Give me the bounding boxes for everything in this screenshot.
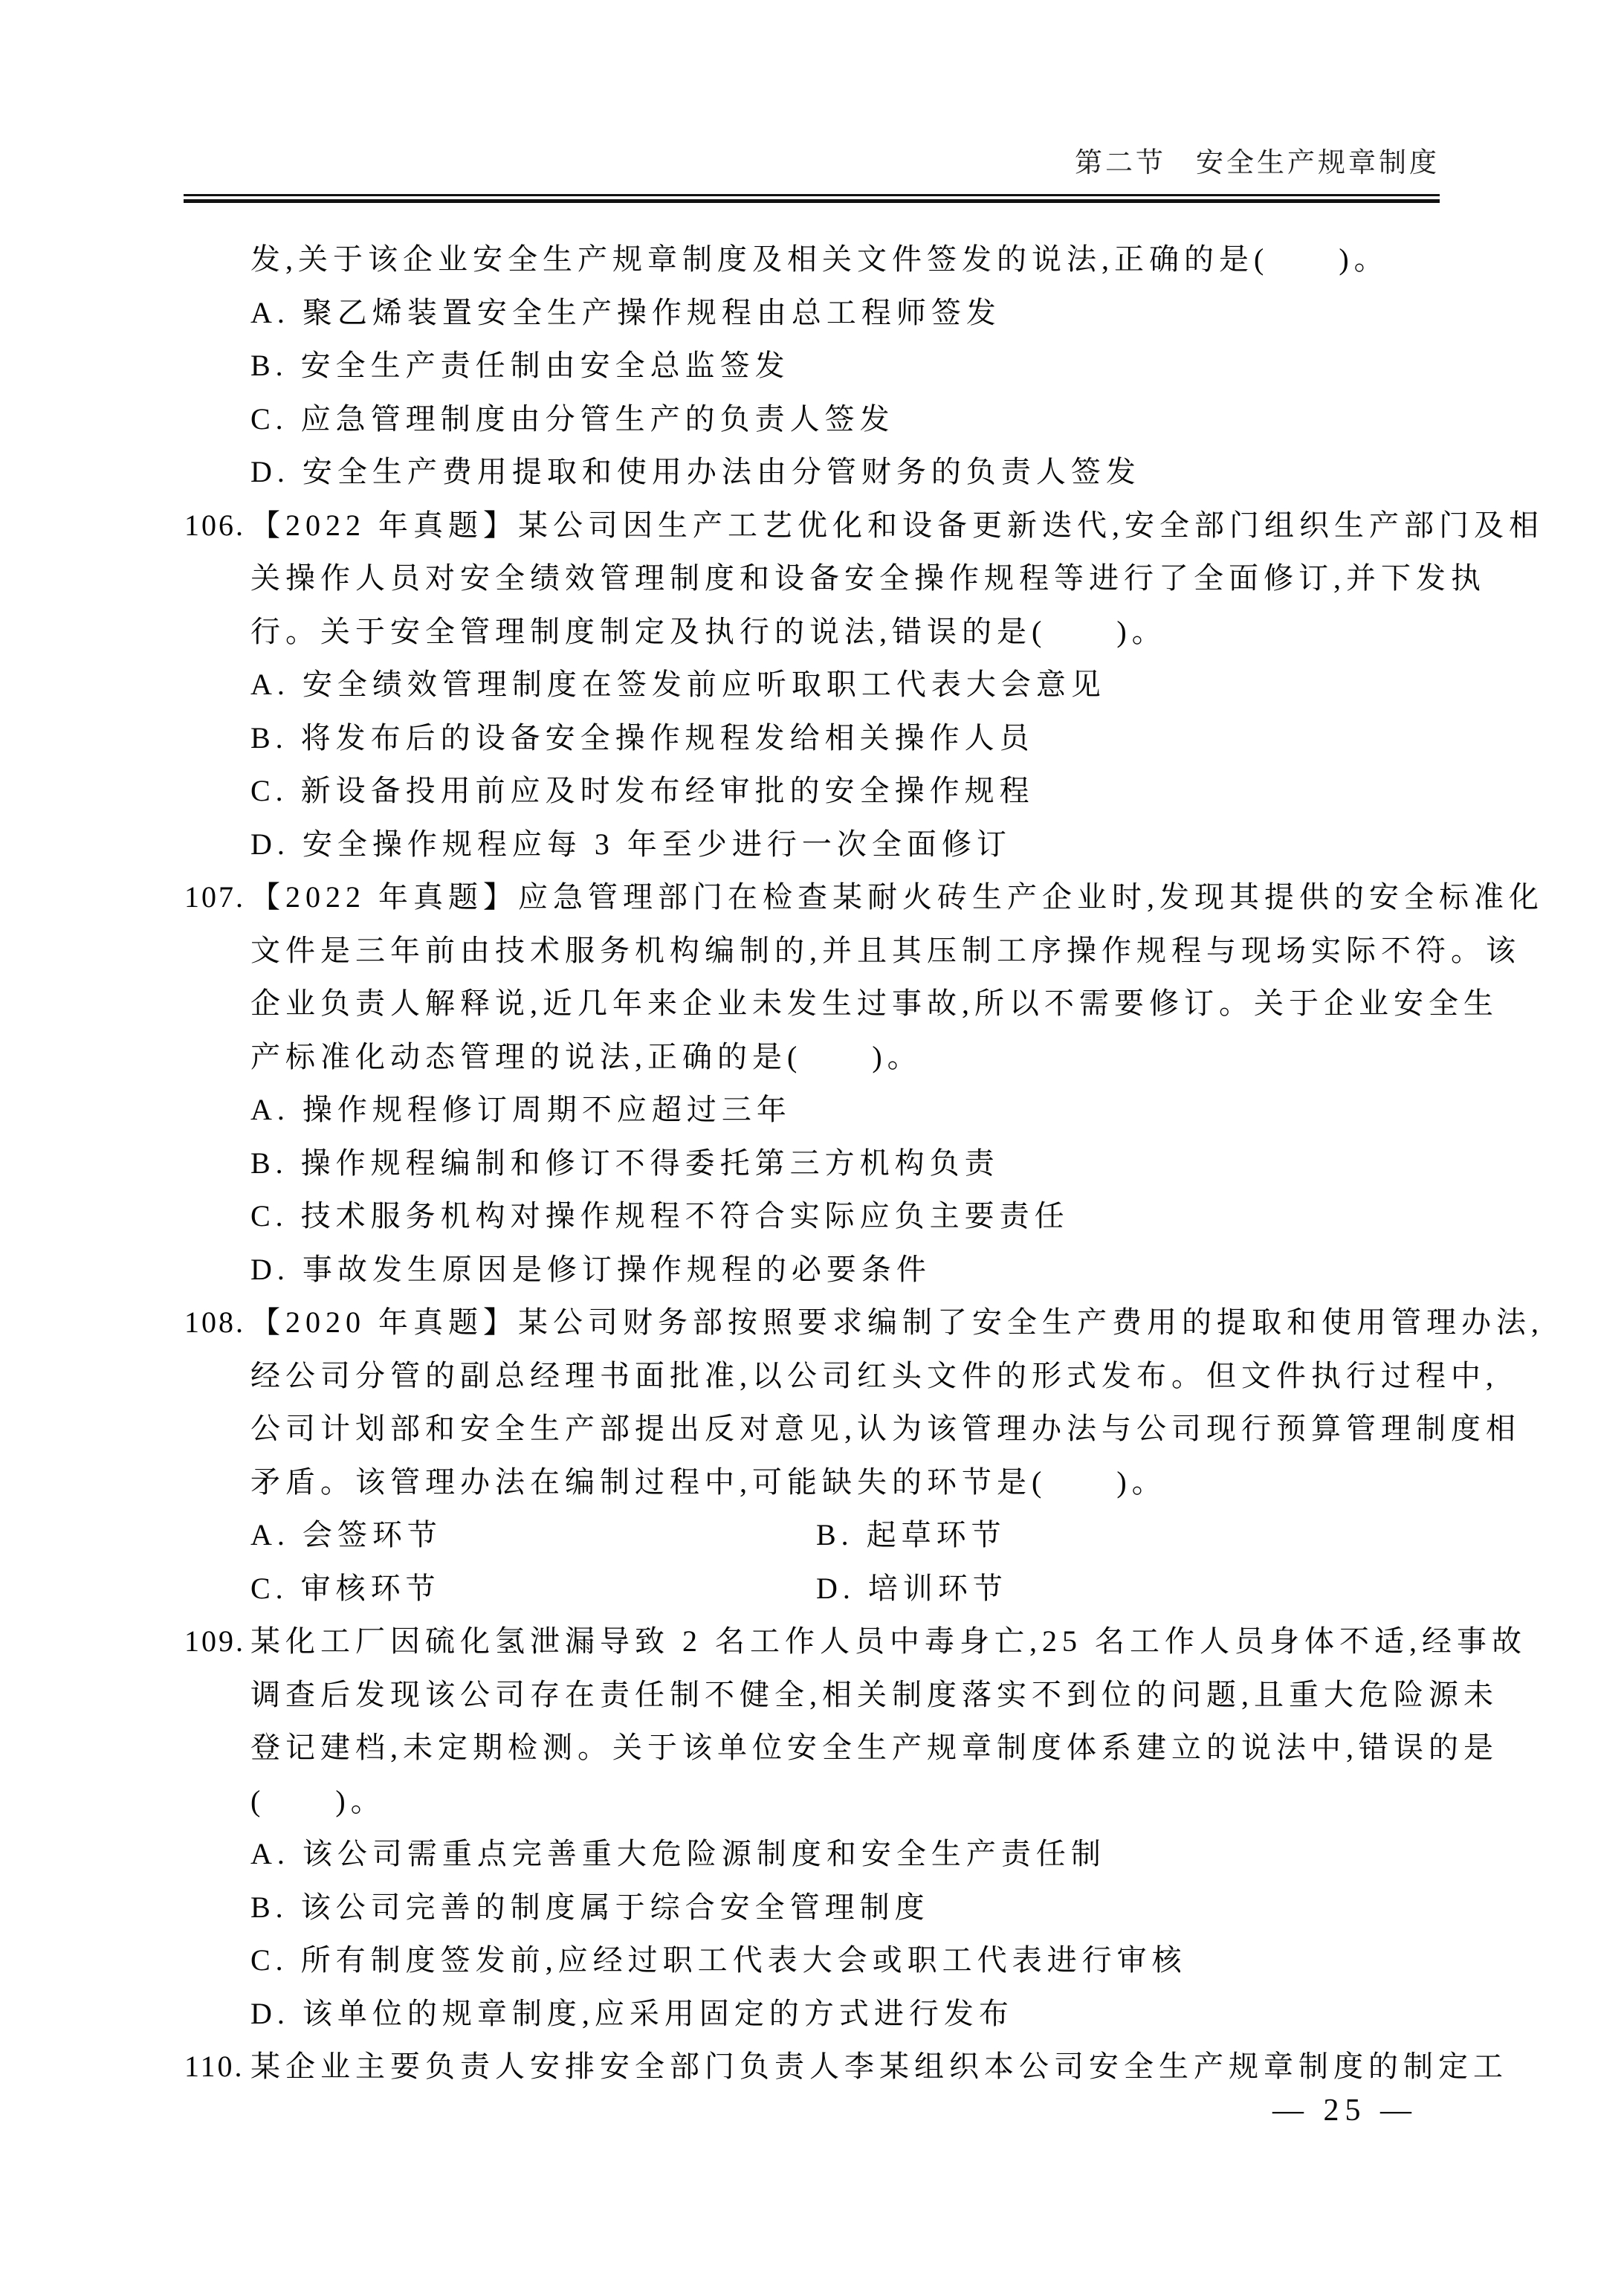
option-line: B. 操作规程编制和修订不得委托第三方机构负责 bbox=[184, 1137, 1440, 1190]
option-line: C. 所有制度签发前,应经过职工代表大会或职工代表进行审核 bbox=[184, 1934, 1440, 1987]
stem-continuation-line: 企业负责人解释说,近几年来企业未发生过事故,所以不需要修订。关于企业安全生 bbox=[184, 977, 1440, 1030]
question-list: 发,关于该企业安全生产规章制度及相关文件签发的说法,正确的是( )。 A. 聚乙… bbox=[184, 233, 1440, 2093]
stem-continuation-line: 发,关于该企业安全生产规章制度及相关文件签发的说法,正确的是( )。 bbox=[184, 233, 1440, 286]
question-number: 109. bbox=[184, 1615, 250, 1668]
question-stem-line: 110.某企业主要负责人安排安全部门负责人李某组织本公司安全生产规章制度的制定工 bbox=[184, 2040, 1440, 2093]
option-line: B. 将发布后的设备安全操作规程发给相关操作人员 bbox=[184, 711, 1440, 765]
option-pair-line: C. 审核环节D. 培训环节 bbox=[184, 1562, 1440, 1615]
stem-text: 【2022 年真题】某公司因生产工艺优化和设备更新迭代,安全部门组织生产部门及相 bbox=[250, 508, 1544, 542]
stem-continuation-line: 调查后发现该公司存在责任制不健全,相关制度落实不到位的问题,且重大危险源未 bbox=[184, 1668, 1440, 1722]
question-number: 107. bbox=[184, 871, 250, 924]
question-stem-line: 109.某化工厂因硫化氢泄漏导致 2 名工作人员中毒身亡,25 名工作人员身体不… bbox=[184, 1615, 1440, 1668]
option-col1: C. 审核环节 bbox=[250, 1562, 816, 1615]
option-line: D. 安全操作规程应每 3 年至少进行一次全面修订 bbox=[184, 818, 1440, 871]
page-number: — 25 — bbox=[1272, 2095, 1417, 2126]
option-col2: D. 培训环节 bbox=[816, 1572, 1008, 1605]
option-line: C. 应急管理制度由分管生产的负责人签发 bbox=[184, 393, 1440, 446]
question-number: 106. bbox=[184, 499, 250, 552]
option-line: C. 技术服务机构对操作规程不符合实际应负主要责任 bbox=[184, 1189, 1440, 1243]
section-title: 安全生产规章制度 bbox=[1196, 147, 1440, 178]
option-line: A. 聚乙烯装置安全生产操作规程由总工程师签发 bbox=[184, 286, 1440, 340]
stem-continuation-line: 行。关于安全管理制度制定及执行的说法,错误的是( )。 bbox=[184, 605, 1440, 659]
section-label: 第二节 bbox=[1075, 147, 1166, 178]
stem-continuation-line: 矛盾。该管理办法在编制过程中,可能缺失的环节是( )。 bbox=[184, 1456, 1440, 1509]
option-line: B. 安全生产责任制由安全总监签发 bbox=[184, 339, 1440, 393]
stem-continuation-line: 文件是三年前由技术服务机构编制的,并且其压制工序操作规程与现场实际不符。该 bbox=[184, 924, 1440, 978]
option-line: A. 该公司需重点完善重大危险源制度和安全生产责任制 bbox=[184, 1827, 1440, 1881]
option-line: A. 安全绩效管理制度在签发前应听取职工代表大会意见 bbox=[184, 658, 1440, 711]
option-line: A. 操作规程修订周期不应超过三年 bbox=[184, 1083, 1440, 1137]
question-number: 108. bbox=[184, 1296, 250, 1349]
stem-continuation-line: 登记建档,未定期检测。关于该单位安全生产规章制度体系建立的说法中,错误的是 bbox=[184, 1721, 1440, 1775]
option-line: D. 该单位的规章制度,应采用固定的方式进行发布 bbox=[184, 1987, 1440, 2041]
stem-continuation-line: 产标准化动态管理的说法,正确的是( )。 bbox=[184, 1030, 1440, 1084]
option-col2: B. 起草环节 bbox=[816, 1518, 1006, 1551]
question-stem-line: 107.【2022 年真题】应急管理部门在检查某耐火砖生产企业时,发现其提供的安… bbox=[184, 871, 1440, 924]
option-line: D. 安全生产费用提取和使用办法由分管财务的负责人签发 bbox=[184, 445, 1440, 499]
stem-continuation-line: ( )。 bbox=[184, 1775, 1440, 1828]
option-pair-line: A. 会签环节B. 起草环节 bbox=[184, 1508, 1440, 1562]
question-number: 110. bbox=[184, 2040, 250, 2093]
option-line: C. 新设备投用前应及时发布经审批的安全操作规程 bbox=[184, 764, 1440, 818]
stem-text: 某化工厂因硫化氢泄漏导致 2 名工作人员中毒身亡,25 名工作人员身体不适,经事… bbox=[250, 1624, 1527, 1658]
stem-continuation-line: 公司计划部和安全生产部提出反对意见,认为该管理办法与公司现行预算管理制度相 bbox=[184, 1402, 1440, 1456]
question-stem-line: 106.【2022 年真题】某公司因生产工艺优化和设备更新迭代,安全部门组织生产… bbox=[184, 499, 1440, 552]
stem-text: 某企业主要负责人安排安全部门负责人李某组织本公司安全生产规章制度的制定工 bbox=[250, 2050, 1508, 2083]
stem-continuation-line: 关操作人员对安全绩效管理制度和设备安全操作规程等进行了全面修订,并下发执 bbox=[184, 552, 1440, 605]
stem-text: 【2022 年真题】应急管理部门在检查某耐火砖生产企业时,发现其提供的安全标准化 bbox=[250, 880, 1544, 914]
stem-text: 【2020 年真题】某公司财务部按照要求编制了安全生产费用的提取和使用管理办法, bbox=[250, 1305, 1544, 1339]
option-col1: A. 会签环节 bbox=[250, 1508, 816, 1562]
stem-continuation-line: 经公司分管的副总经理书面批准,以公司红头文件的形式发布。但文件执行过程中, bbox=[184, 1349, 1440, 1403]
option-line: B. 该公司完善的制度属于综合安全管理制度 bbox=[184, 1881, 1440, 1934]
option-line: D. 事故发生原因是修订操作规程的必要条件 bbox=[184, 1243, 1440, 1297]
question-stem-line: 108.【2020 年真题】某公司财务部按照要求编制了安全生产费用的提取和使用管… bbox=[184, 1296, 1440, 1349]
book-page: 第二节安全生产规章制度 发,关于该企业安全生产规章制度及相关文件签发的说法,正确… bbox=[0, 0, 1624, 2283]
header-double-rule bbox=[184, 194, 1440, 203]
section-header: 第二节安全生产规章制度 bbox=[1075, 149, 1440, 176]
